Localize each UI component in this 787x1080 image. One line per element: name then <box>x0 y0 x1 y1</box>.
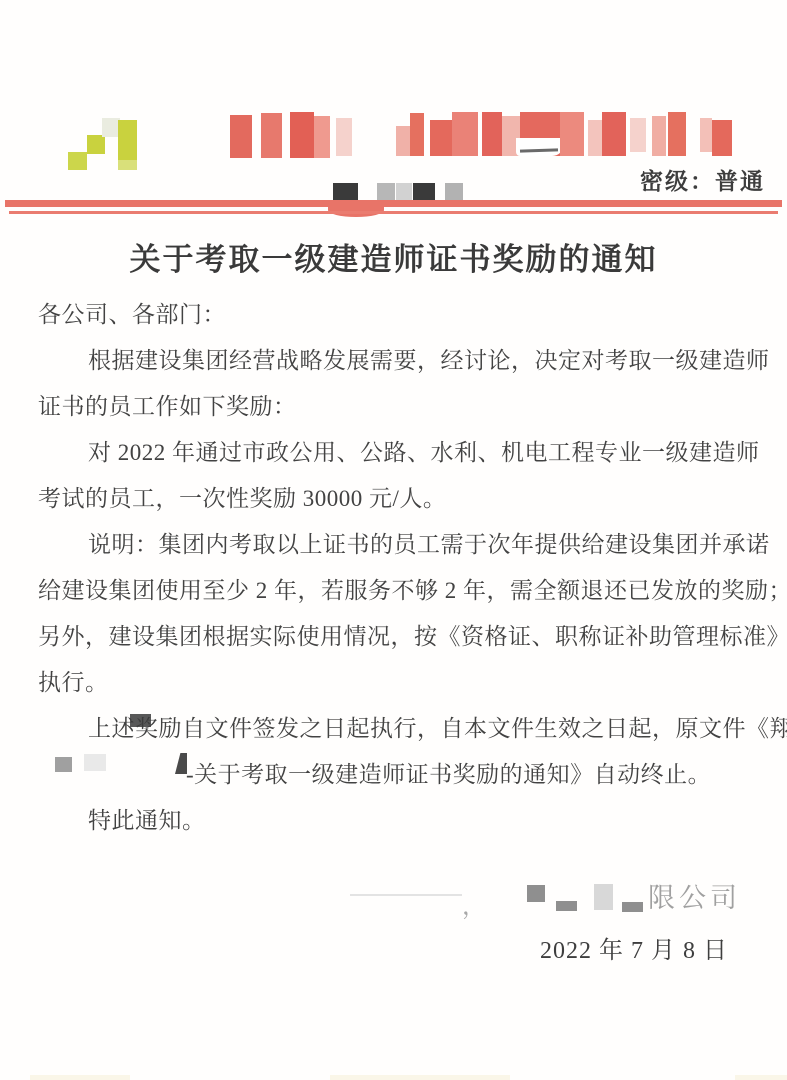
body-line: 根据建设集团经营战略发展需要，经讨论，决定对考取一级建造师 <box>38 338 768 384</box>
body-line: 执行。 <box>38 660 768 706</box>
scanned-notice-document: 密级：普通 关于考取一级建造师证书奖励的通知 各公司、各部门：根据建设集团经营战… <box>0 0 787 1080</box>
redaction-block <box>330 1075 510 1080</box>
redaction-block <box>445 183 463 200</box>
security-level-label: 密级：普通 <box>640 163 765 196</box>
redaction-block <box>118 120 137 170</box>
redaction-block <box>588 120 602 156</box>
body-line: 给建设集团使用至少 2 年，若服务不够 2 年，需全额退还已发放的奖励； <box>38 568 768 614</box>
redaction-block <box>410 113 424 156</box>
redaction-block <box>602 112 626 156</box>
redaction-block <box>290 112 314 158</box>
signature-date: 2022 年 7 月 8 日 <box>540 930 728 965</box>
signature-company-partial: 限公司 <box>648 876 741 915</box>
body-line: 另外，建设集团根据实际使用情况，按《资格证、职称证补助管理标准》 <box>38 614 768 660</box>
redaction-block <box>314 116 330 158</box>
redaction-block <box>520 112 560 156</box>
redaction-block <box>516 138 564 156</box>
redaction-block <box>396 126 410 156</box>
redaction-block <box>87 135 105 154</box>
redaction-block <box>520 148 558 152</box>
redaction-block <box>333 183 358 200</box>
signature-comma: ， <box>462 886 486 921</box>
redaction-block <box>230 115 252 158</box>
redaction-block <box>652 116 666 156</box>
document-title: 关于考取一级建造师证书奖励的通知 <box>0 234 787 279</box>
redaction-block <box>622 902 643 912</box>
redaction-block <box>102 118 120 137</box>
redaction-block <box>336 118 352 156</box>
body-line: 说明：集团内考取以上证书的员工需于次年提供给建设集团并承诺 <box>38 522 768 568</box>
redaction-block <box>261 113 282 158</box>
redaction-block <box>630 118 646 152</box>
redaction-block <box>68 152 87 170</box>
body-line: 特此通知。 <box>38 798 768 844</box>
redaction-block <box>430 120 452 156</box>
redaction-block <box>527 885 545 902</box>
body-line: 考试的员工，一次性奖励 30000 元/人。 <box>38 476 768 522</box>
red-separator-line-bump <box>328 203 384 217</box>
redaction-block <box>482 112 502 156</box>
redaction-block <box>118 160 137 170</box>
redaction-block <box>396 183 412 200</box>
body-line: -关于考取一级建造师证书奖励的通知》自动终止。 <box>38 752 768 798</box>
redaction-block <box>735 1075 787 1080</box>
body-line: 对 2022 年通过市政公用、公路、水利、机电工程专业一级建造师 <box>38 430 768 476</box>
red-separator-line-top <box>5 200 782 207</box>
body-line: 上述奖励自文件签发之日起执行，自本文件生效之日起，原文件《翔 <box>38 706 768 752</box>
redaction-block <box>502 116 520 156</box>
redaction-block <box>712 120 732 156</box>
body-line: 各公司、各部门： <box>38 292 768 338</box>
redaction-block <box>377 183 395 200</box>
redaction-block <box>556 901 577 911</box>
redaction-block <box>452 112 478 156</box>
red-separator-line-bottom <box>9 211 778 214</box>
redaction-block <box>350 894 462 896</box>
redaction-block <box>668 112 686 156</box>
redaction-block <box>30 1075 130 1080</box>
redaction-block <box>562 146 570 151</box>
redaction-block <box>700 118 712 152</box>
redaction-block <box>594 884 613 910</box>
document-body: 各公司、各部门：根据建设集团经营战略发展需要，经讨论，决定对考取一级建造师证书的… <box>38 292 768 844</box>
body-line: 证书的员工作如下奖励： <box>38 384 768 430</box>
redaction-block <box>560 112 584 156</box>
redaction-block <box>413 183 435 200</box>
